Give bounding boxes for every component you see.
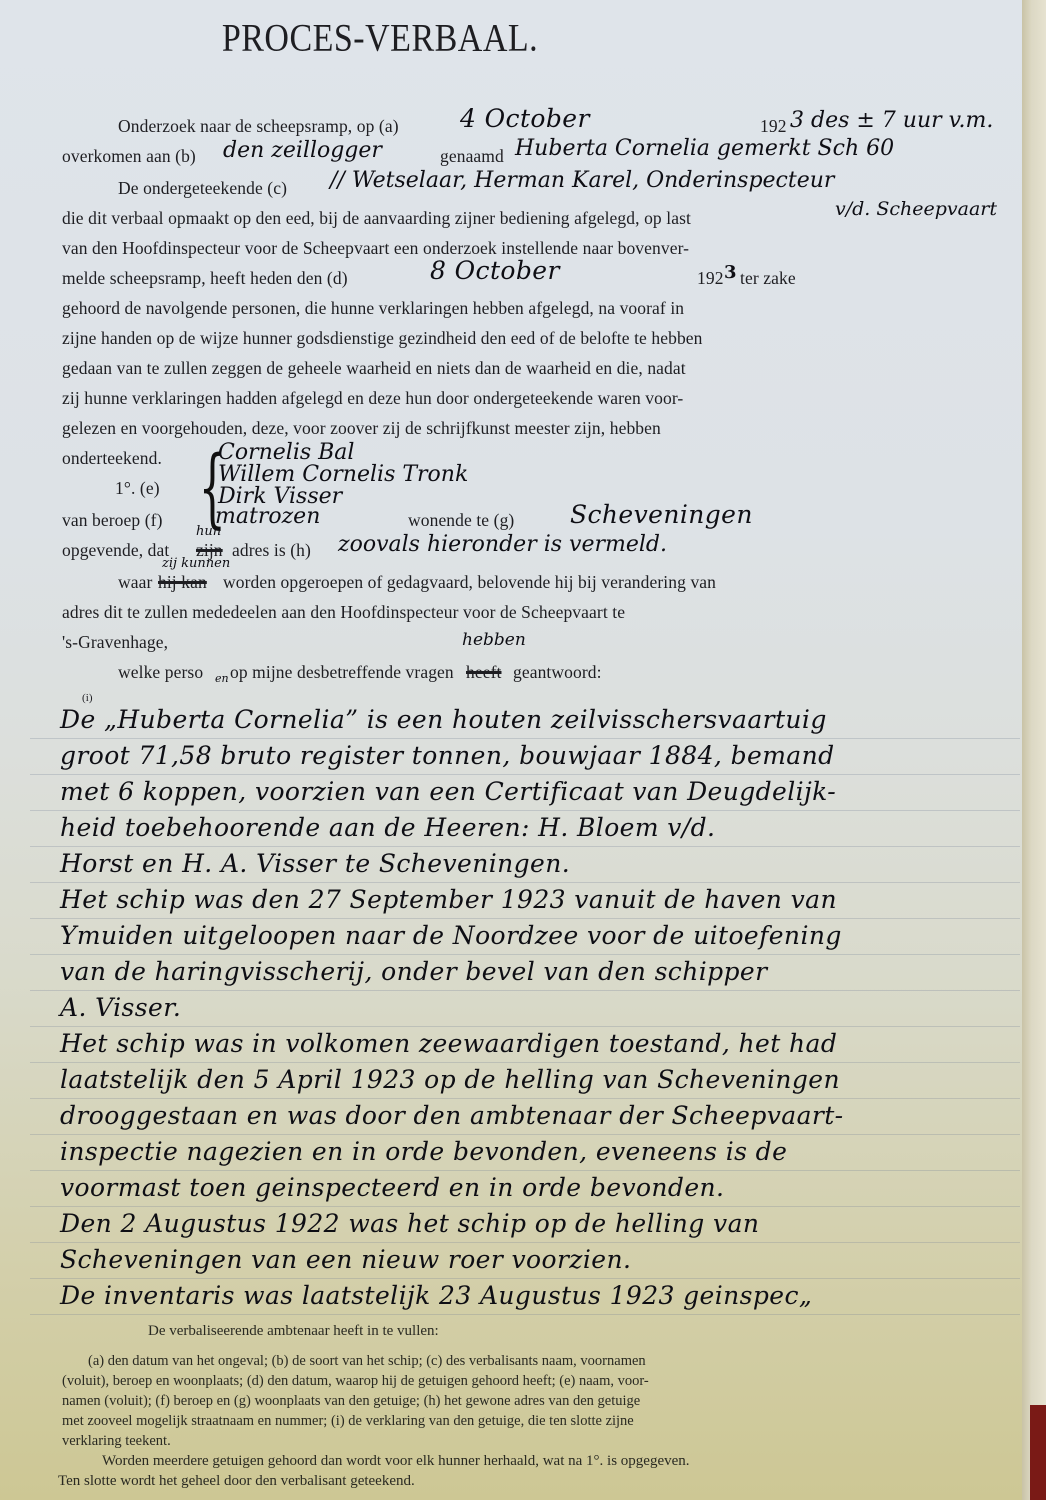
- hw-ship-name: Huberta Cornelia gemerkt Sch 60: [515, 136, 894, 161]
- form-label-i: (i): [82, 692, 93, 704]
- hw-residence: Scheveningen: [570, 500, 753, 529]
- hw-officer: // Wetselaar, Herman Karel, Onderinspect…: [330, 168, 834, 193]
- form-text-line: 's-Gravenhage,: [62, 632, 168, 653]
- hw-year-a: 3 des ± 7 uur v.m.: [790, 108, 993, 133]
- form-text: op mijne desbetreffende vragen: [230, 662, 454, 683]
- footer-note: met zooveel mogelijk straatnaam en numme…: [62, 1413, 634, 1430]
- form-text-line: gelezen en voorgehouden, deze, voor zoov…: [62, 418, 661, 439]
- footer-closing: Worden meerdere getuigen gehoord dan wor…: [102, 1453, 690, 1470]
- statement-line: van de haringvisscherij, onder bevel van…: [60, 957, 767, 986]
- form-label-g: wonende te (g): [408, 510, 514, 531]
- form-text-line: zij hunne verklaringen hadden afgelegd e…: [62, 388, 683, 409]
- statement-line: Den 2 Augustus 1922 was het schip op de …: [60, 1209, 759, 1238]
- form-year-prefix-d: 192: [697, 268, 724, 289]
- hw-officer-cont: v/d. Scheepvaart: [835, 198, 997, 220]
- form-label-b: overkomen aan (b): [62, 146, 196, 167]
- statement-line: drooggestaan en was door den ambtenaar d…: [60, 1101, 844, 1130]
- statement-line: heid toebehoorende aan de Heeren: H. Blo…: [60, 813, 715, 842]
- form-text-line: adres dit te zullen mededeelen aan den H…: [62, 602, 625, 623]
- footer-note: (a) den datum van het ongeval; (b) de so…: [88, 1353, 646, 1370]
- form-text-line: zijne handen op de wijze hunner godsdien…: [62, 328, 703, 349]
- hw-insert-hun: hun: [196, 524, 221, 539]
- document-title: PROCES-VERBAAL.: [0, 17, 760, 61]
- statement-line: groot 71,58 bruto register tonnen, bouwj…: [60, 741, 835, 770]
- hw-insert-en: en: [215, 672, 229, 685]
- statement-line: Scheveningen van een nieuw roer voorzien…: [60, 1245, 631, 1274]
- struck-heeft: heeft: [466, 662, 501, 683]
- statement-line: met 6 koppen, voorzien van een Certifica…: [60, 777, 836, 806]
- hw-date-a: 4 October: [460, 104, 590, 133]
- statement-line: Ymuiden uitgeloopen naar de Noordzee voo…: [60, 921, 842, 950]
- statement-line: De „Huberta Cornelia” is een houten zeil…: [60, 705, 827, 734]
- hw-insert-zij-kunnen: zij kunnen: [162, 556, 230, 571]
- form-text-line: gedaan van te zullen zeggen de geheele w…: [62, 358, 686, 379]
- form-label-h-prefix: opgevende, dat: [62, 540, 169, 561]
- form-text: geantwoord:: [513, 662, 602, 683]
- form-label-named: genaamd: [440, 146, 504, 167]
- footer-closing: Ten slotte wordt het geheel door den ver…: [58, 1473, 415, 1490]
- hw-occupation: matrozen: [215, 504, 320, 529]
- statement-line: laatstelijk den 5 April 1923 op de helli…: [60, 1065, 840, 1094]
- hw-date-d: 8 October: [430, 256, 560, 285]
- form-label-e: 1°. (e): [115, 478, 160, 499]
- binding-edge: [1030, 1405, 1046, 1500]
- statement-line: De inventaris was laatstelijk 23 Augustu…: [60, 1281, 812, 1310]
- hw-year-d: 3: [724, 262, 737, 283]
- statement-line: Het schip was in volkomen zeewaardigen t…: [60, 1029, 837, 1058]
- form-label-c: De ondergeteekende (c): [118, 178, 287, 199]
- form-text: ter zake: [740, 268, 796, 289]
- statement-line: Horst en H. A. Visser te Scheveningen.: [60, 849, 570, 878]
- form-label-h: adres is (h): [232, 540, 311, 561]
- form-label-a: Onderzoek naar de scheepsramp, op (a): [118, 116, 399, 137]
- hw-insert-hebben: hebben: [462, 630, 526, 650]
- footer-note: (voluit), beroep en woonplaats; (d) den …: [62, 1373, 649, 1390]
- struck-hij-kan: hij kan: [158, 572, 207, 593]
- statement-line: inspectie nagezien en in orde bevonden, …: [60, 1137, 787, 1166]
- form-label-d: melde scheepsramp, heeft heden den (d): [62, 268, 348, 289]
- form-text: welke perso: [118, 662, 203, 683]
- form-text-line: worden opgeroepen of gedagvaard, beloven…: [223, 572, 716, 593]
- footer-note: verklaring teekent.: [62, 1433, 171, 1450]
- form-text-line: die dit verbaal opmaakt op den eed, bij …: [62, 208, 691, 229]
- footer-note: namen (voluit); (f) beroep en (g) woonpl…: [62, 1393, 640, 1410]
- footer-heading: De verbaliseerende ambtenaar heeft in te…: [148, 1323, 439, 1340]
- page-edge: [1022, 0, 1046, 1500]
- form-text-line: van den Hoofdinspecteur voor de Scheepva…: [62, 238, 689, 259]
- form-label-f: van beroep (f): [62, 510, 163, 531]
- form-year-prefix-a: 192: [760, 116, 787, 137]
- hw-address: zoovals hieronder is vermeld.: [338, 532, 667, 557]
- form-text: waar: [118, 572, 152, 593]
- hw-ship-type: den zeillogger: [223, 138, 382, 163]
- statement-line: Het schip was den 27 September 1923 vanu…: [60, 885, 837, 914]
- statement-line: A. Visser.: [60, 993, 181, 1022]
- form-text-line: onderteekend.: [62, 448, 162, 469]
- statement-line: voormast toen geinspecteerd en in orde b…: [60, 1173, 724, 1202]
- form-text-line: gehoord de navolgende personen, die hunn…: [62, 298, 684, 319]
